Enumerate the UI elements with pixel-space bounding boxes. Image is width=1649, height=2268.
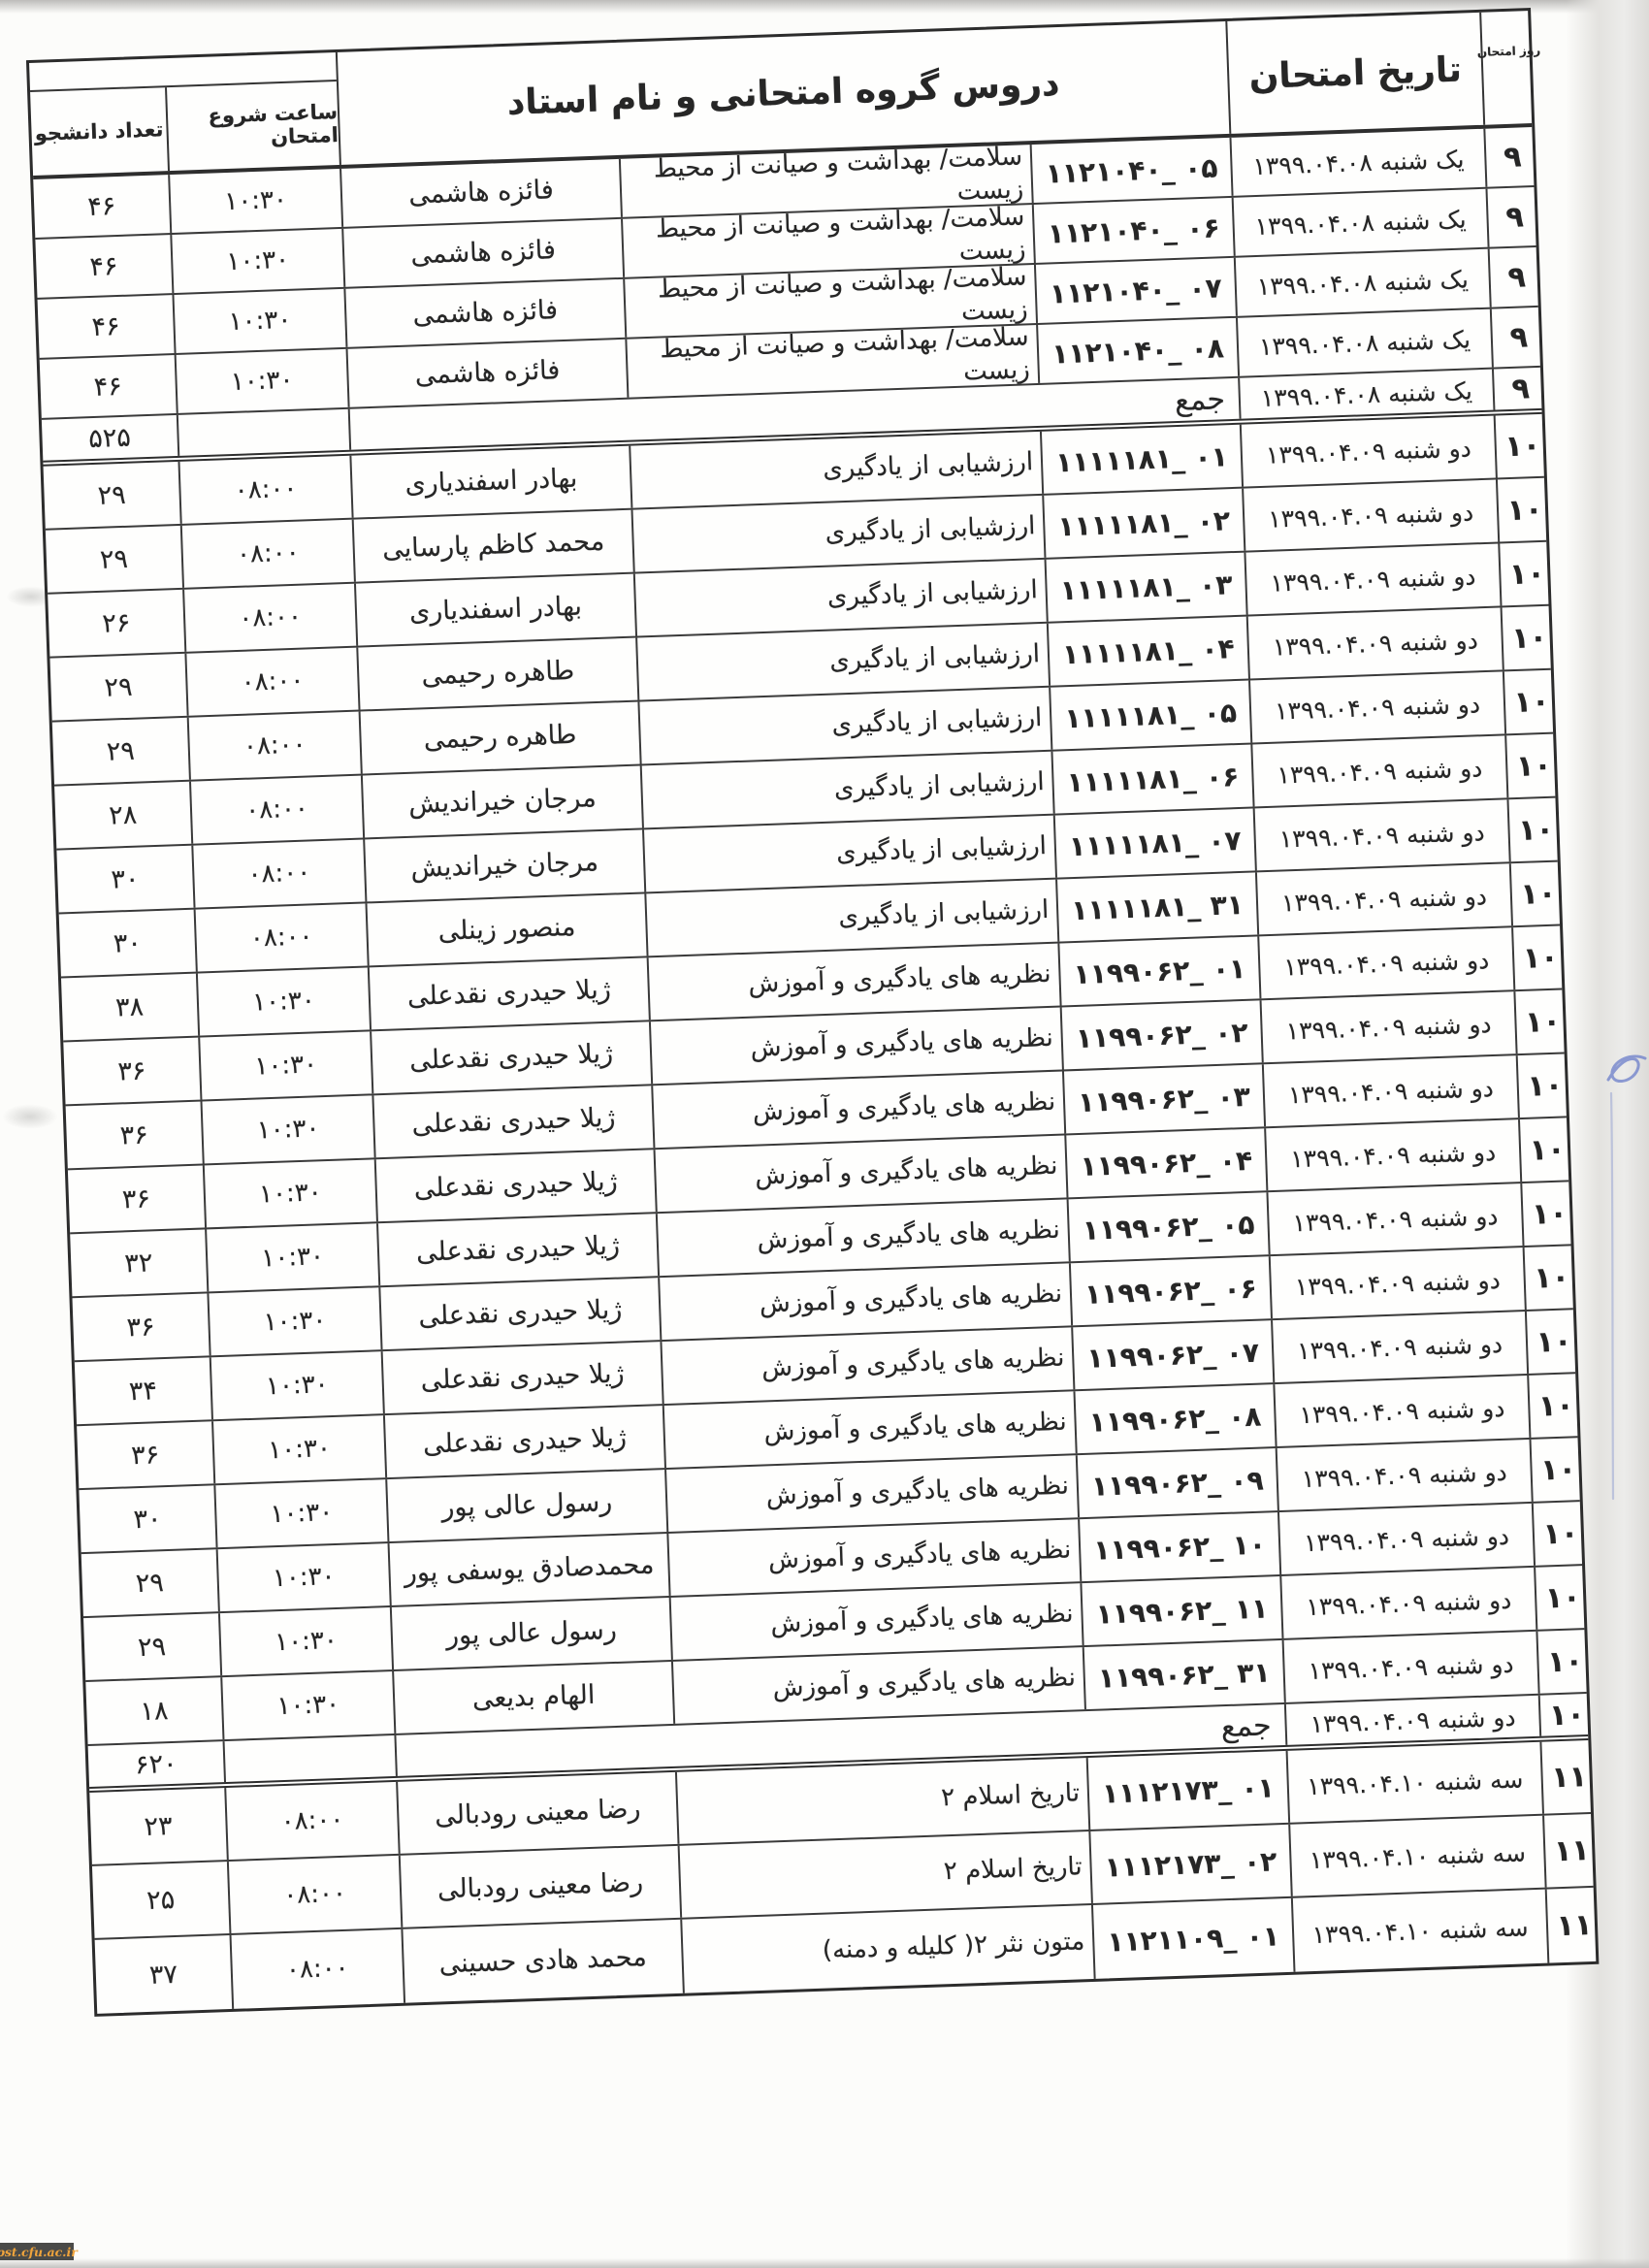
course-name-cell: نظریه های یادگیری و آموزش — [664, 1455, 1078, 1532]
course-code-cell: ۱۱۲۱۰۴۰_ ۰۶ — [1032, 198, 1234, 263]
course-code-cell: ۱۱۱۱۱۸۱_ ۰۴ — [1047, 617, 1248, 686]
course-code-cell: ۱۱۱۲۱۷۳_ ۰۱ — [1086, 1751, 1288, 1830]
course-code-cell: ۱۱۹۹۰۶۲_ ۱۰ — [1078, 1512, 1279, 1581]
exam-date-cell: سه شنبه ۱۳۹۹.۰۴.۱۰ — [1286, 1742, 1542, 1823]
table-body: ۴۶ ۱۰:۳۰ فائزه هاشمی سلامت/ بهداشت و صیا… — [33, 127, 1596, 2014]
exam-day-cell: ۱۰ — [1525, 1310, 1581, 1374]
exam-date-cell: دو شنبه ۱۳۹۹.۰۴.۰۹ — [1257, 927, 1513, 998]
exam-date-cell: دو شنبه ۱۳۹۹.۰۴.۰۹ — [1284, 1696, 1539, 1745]
professor-cell: منصور زینلی — [365, 893, 646, 965]
start-time-cell: ۱۰:۳۰ — [207, 1287, 380, 1355]
exam-day-cell: ۱۰ — [1534, 1566, 1590, 1630]
student-count-cell: ۳۴ — [75, 1357, 211, 1424]
start-time-cell: ۰۸:۰۰ — [184, 648, 358, 716]
exam-date-cell: یک شنبه ۱۳۹۹.۰۴.۰۸ — [1236, 309, 1492, 376]
student-count-cell: ۳۶ — [68, 1166, 205, 1233]
professor-cell: مرجان خیراندیش — [361, 766, 642, 838]
exam-date-cell: دو شنبه ۱۳۹۹.۰۴.۰۹ — [1255, 863, 1511, 934]
exam-date-cell: یک شنبه ۱۳۹۹.۰۴.۰۸ — [1238, 370, 1493, 419]
start-time-cell: ۰۸:۰۰ — [191, 840, 365, 908]
course-code-cell: ۱۱۲۱۰۴۰_ ۰۵ — [1030, 138, 1232, 203]
exam-date-cell: دو شنبه ۱۳۹۹.۰۴.۰۹ — [1269, 1247, 1525, 1318]
start-time-cell: ۱۰:۳۰ — [220, 1671, 394, 1739]
student-count-cell: ۴۶ — [35, 235, 172, 298]
exam-day-cell: ۱۰ — [1503, 669, 1559, 733]
student-count-cell: ۳۶ — [73, 1293, 210, 1360]
course-code-cell: ۱۱۹۹۰۶۲_ ۳۱ — [1083, 1640, 1284, 1709]
professor-cell: ژیلا حیدری نقدعلی — [368, 957, 649, 1029]
exam-day-cell: ۱۰ — [1530, 1438, 1586, 1502]
exam-day-cell: ۱۰ — [1538, 1694, 1594, 1736]
course-code-cell: ۱۱۹۹۰۶۲_ ۰۸ — [1073, 1384, 1275, 1453]
course-name-cell: ارزشیابی از یادگیری — [629, 432, 1042, 508]
course-name-cell: ارزشیابی از یادگیری — [631, 496, 1045, 572]
exam-date-cell: سه شنبه ۱۳۹۹.۰۴.۱۰ — [1288, 1816, 1544, 1896]
exam-day-cell: ۱۰ — [1506, 797, 1563, 861]
exam-day-cell: ۱۰ — [1494, 414, 1550, 478]
start-time-cell: ۰۸:۰۰ — [180, 520, 354, 588]
course-code-cell: ۱۱۹۹۰۶۲_ ۰۹ — [1076, 1448, 1277, 1517]
course-name-cell: نظریه های یادگیری و آموزش — [671, 1647, 1084, 1724]
exam-date-cell: دو شنبه ۱۳۹۹.۰۴.۰۹ — [1276, 1440, 1532, 1510]
header-left-zone: تعداد دانشجو ساعت شروع امتحان — [29, 52, 339, 176]
exam-day-cell: ۹ — [1490, 308, 1546, 368]
exam-date-cell: دو شنبه ۱۳۹۹.۰۴.۰۹ — [1277, 1504, 1534, 1574]
scan-smudge — [2, 1104, 58, 1129]
exam-date-cell: دو شنبه ۱۳۹۹.۰۴.۰۹ — [1279, 1568, 1536, 1638]
scanner-edge-bottom — [0, 2258, 1649, 2268]
header-exam-day: روز امتحان — [1479, 11, 1537, 125]
course-name-cell: نظریه های یادگیری و آموزش — [660, 1327, 1073, 1404]
professor-cell: طاهره رحیمی — [359, 702, 640, 774]
exam-day-cell: ۱۰ — [1527, 1374, 1583, 1438]
header-start-time: ساعت شروع امتحان — [165, 81, 339, 171]
exam-day-cell: ۱۰ — [1520, 1182, 1576, 1246]
course-code-cell: ۱۱۲۱۰۴۰_ ۰۸ — [1036, 318, 1238, 383]
start-time-cell: ۰۸:۰۰ — [182, 584, 356, 652]
student-count-cell: ۲۸ — [54, 782, 191, 849]
header-student-count: تعداد دانشجو — [30, 87, 168, 176]
exam-date-cell: دو شنبه ۱۳۹۹.۰۴.۰۹ — [1248, 671, 1504, 742]
professor-cell: فائزه هاشمی — [339, 159, 621, 227]
exam-day-cell: ۱۰ — [1509, 861, 1566, 925]
exam-day-cell: ۱۱ — [1539, 1740, 1597, 1814]
student-count-cell: ۲۹ — [52, 718, 189, 785]
exam-day-cell: ۱۰ — [1504, 733, 1561, 797]
professor-cell: فائزه هاشمی — [343, 279, 625, 347]
start-time-cell: ۱۰:۳۰ — [216, 1543, 390, 1611]
course-name-cell: نظریه های یادگیری و آموزش — [654, 1135, 1067, 1212]
pen-mark — [1581, 1043, 1649, 1547]
professor-cell: ژیلا حیدری نقدعلی — [370, 1021, 651, 1093]
start-time-cell: ۱۰:۳۰ — [211, 1415, 385, 1483]
exam-day-cell: ۹ — [1492, 368, 1547, 410]
course-code-cell: ۱۱۹۹۰۶۲_ ۰۴ — [1064, 1128, 1266, 1197]
exam-date-cell: سه شنبه ۱۳۹۹.۰۴.۱۰ — [1291, 1890, 1547, 1972]
student-count-cell: ۴۶ — [40, 355, 177, 418]
start-time-cell: ۰۸:۰۰ — [227, 1856, 401, 1933]
exam-date-cell: دو شنبه ۱۳۹۹.۰۴.۰۹ — [1271, 1312, 1527, 1382]
student-count-cell: ۳۸ — [61, 974, 198, 1041]
course-name-cell: متون نثر ۲( کلیله و دمنه) — [680, 1905, 1093, 1993]
course-name-cell: نظریه های یادگیری و آموزش — [666, 1519, 1080, 1596]
course-code-cell: ۱۱۹۹۰۶۲_ ۰۵ — [1067, 1192, 1269, 1261]
student-count-cell: ۳۶ — [63, 1038, 200, 1105]
student-count-cell: ۲۵ — [92, 1862, 229, 1938]
professor-cell: بهادر اسفندیاری — [349, 446, 630, 518]
course-code-cell: ۱۱۱۱۱۸۱_ ۰۳ — [1045, 553, 1246, 622]
empty-time-cell — [223, 1735, 396, 1782]
student-count-cell: ۲۹ — [46, 526, 182, 593]
start-time-cell: ۰۸:۰۰ — [189, 776, 363, 844]
professor-cell: محمد هادی حسینی — [401, 1920, 682, 2003]
professor-cell: ژیلا حیدری نقدعلی — [383, 1406, 664, 1477]
exam-date-cell: دو شنبه ۱۳۹۹.۰۴.۰۹ — [1250, 735, 1506, 806]
professor-cell: رضا معینی رودبالی — [396, 1772, 677, 1854]
course-name-cell: نظریه های یادگیری و آموزش — [647, 944, 1060, 1021]
professor-cell: رسول عالی پور — [385, 1470, 666, 1541]
course-name-cell: ارزشیابی از یادگیری — [633, 560, 1047, 636]
start-time-cell: ۱۰:۳۰ — [218, 1607, 392, 1675]
exam-date-cell: دو شنبه ۱۳۹۹.۰۴.۰۹ — [1260, 991, 1516, 1062]
professor-cell: محمد کاظم پارسایی — [352, 510, 633, 582]
professor-cell: رضا معینی رودبالی — [399, 1846, 680, 1928]
start-time-cell: ۱۰:۳۰ — [203, 1159, 376, 1227]
start-time-cell: ۱۰:۳۰ — [213, 1479, 387, 1547]
course-code-cell: ۱۱۹۹۰۶۲_ ۰۲ — [1060, 1000, 1262, 1069]
course-code-cell: ۱۱۹۹۰۶۲_ ۱۱ — [1080, 1576, 1281, 1645]
total-count-cell: ۶۲۰ — [88, 1741, 224, 1787]
professor-cell: مرجان خیراندیش — [363, 829, 644, 901]
exam-day-cell: ۹ — [1488, 247, 1544, 308]
course-code-cell: ۱۱۹۹۰۶۲_ ۰۱ — [1057, 936, 1259, 1005]
professor-cell: طاهره رحیمی — [356, 638, 637, 710]
student-count-cell: ۲۹ — [49, 654, 186, 721]
exam-date-cell: دو شنبه ۱۳۹۹.۰۴.۰۹ — [1240, 416, 1496, 487]
student-count-cell: ۳۷ — [95, 1935, 233, 2014]
exam-day-cell: ۱۰ — [1498, 542, 1554, 606]
course-code-cell: ۱۱۱۱۱۸۱_ ۰۵ — [1049, 681, 1250, 750]
exam-date-cell: دو شنبه ۱۳۹۹.۰۴.۰۹ — [1246, 607, 1503, 678]
course-code-cell: ۱۱۱۱۱۸۱_ ۰۷ — [1053, 808, 1255, 877]
professor-cell: ژیلا حیدری نقدعلی — [381, 1342, 663, 1413]
student-count-cell: ۴۶ — [38, 295, 175, 358]
course-name-cell: ارزشیابی از یادگیری — [642, 816, 1055, 892]
exam-date-cell: دو شنبه ۱۳۹۹.۰۴.۰۹ — [1253, 799, 1509, 870]
student-count-cell: ۳۶ — [77, 1421, 213, 1488]
course-code-cell: ۱۱۱۱۱۸۱_ ۳۱ — [1055, 872, 1257, 941]
course-code-cell: ۱۱۲۱۰۴۰_ ۰۷ — [1034, 258, 1236, 323]
course-name-cell: تاریخ اسلام ۲ — [678, 1831, 1091, 1918]
exam-date-cell: دو شنبه ۱۳۹۹.۰۴.۰۹ — [1282, 1632, 1538, 1702]
start-time-cell: ۱۰:۳۰ — [170, 229, 343, 293]
start-time-cell: ۰۸:۰۰ — [194, 903, 368, 971]
exam-day-cell: ۱۰ — [1513, 989, 1569, 1053]
professor-cell: فائزه هاشمی — [341, 219, 623, 287]
header-exam-date: تاریخ امتحان — [1225, 13, 1483, 134]
student-count-cell: ۴۶ — [33, 175, 170, 238]
professor-cell: ژیلا حیدری نقدعلی — [378, 1278, 660, 1349]
exam-day-cell: ۱۰ — [1532, 1502, 1588, 1566]
course-name-cell: نظریه های یادگیری و آموزش — [663, 1391, 1076, 1468]
professor-cell: ژیلا حیدری نقدعلی — [374, 1150, 656, 1221]
start-time-cell: ۰۸:۰۰ — [224, 1782, 398, 1860]
professor-cell: ژیلا حیدری نقدعلی — [376, 1214, 658, 1285]
course-name-cell: ارزشیابی از یادگیری — [644, 880, 1057, 956]
exam-day-cell: ۹ — [1485, 187, 1541, 247]
professor-cell: الهام بدیعی — [392, 1662, 673, 1733]
start-time-cell: ۱۰:۳۰ — [168, 169, 341, 233]
course-code-cell: ۱۱۱۱۱۸۱_ ۰۶ — [1051, 745, 1252, 814]
exam-day-cell: ۱۰ — [1501, 606, 1557, 670]
start-time-cell: ۱۰:۳۰ — [205, 1223, 378, 1291]
exam-date-cell: یک شنبه ۱۳۹۹.۰۴.۰۸ — [1229, 129, 1485, 196]
student-count-cell: ۳۰ — [56, 846, 193, 913]
watermark-badge: pst.cfu.ac.ir — [0, 2243, 74, 2260]
scanned-page: { "colors": { "pen_mark": "#6b7ec9", "wa… — [0, 0, 1649, 2268]
course-name-cell: ارزشیابی از یادگیری — [635, 624, 1049, 700]
exam-date-cell: دو شنبه ۱۳۹۹.۰۴.۰۹ — [1264, 1119, 1520, 1190]
exam-date-cell: دو شنبه ۱۳۹۹.۰۴.۰۹ — [1273, 1376, 1529, 1446]
professor-cell: ژیلا حیدری نقدعلی — [372, 1085, 653, 1157]
exam-day-cell: ۹ — [1483, 127, 1539, 187]
professor-cell: محمدصادق یوسفی پور — [388, 1534, 669, 1605]
course-name-cell: نظریه های یادگیری و آموزش — [658, 1263, 1071, 1340]
watermark-text: pst.cfu.ac.ir — [0, 2245, 78, 2259]
course-name-cell: تاریخ اسلام ۲ — [675, 1758, 1088, 1844]
professor-cell: رسول عالی پور — [390, 1598, 671, 1669]
empty-time-cell — [177, 409, 349, 456]
exam-day-cell: ۱۰ — [1536, 1630, 1592, 1694]
professor-cell: بهادر اسفندیاری — [354, 574, 635, 646]
exam-day-cell: ۱۰ — [1523, 1246, 1579, 1310]
student-count-cell: ۲۹ — [81, 1549, 218, 1616]
student-count-cell: ۲۹ — [44, 462, 180, 529]
total-count-cell: ۵۲۵ — [42, 415, 178, 461]
exam-day-cell: ۱۰ — [1511, 925, 1568, 989]
course-name-cell: ارزشیابی از یادگیری — [637, 688, 1051, 764]
course-code-cell: ۱۱۲۱۱۰۹_ ۰۱ — [1091, 1898, 1294, 1979]
course-code-cell: ۱۱۱۲۱۷۳_ ۰۲ — [1088, 1825, 1290, 1903]
course-name-cell: نظریه های یادگیری و آموزش — [651, 1072, 1064, 1149]
exam-day-cell: ۱۰ — [1516, 1053, 1572, 1118]
exam-date-cell: دو شنبه ۱۳۹۹.۰۴.۰۹ — [1262, 1055, 1518, 1126]
start-time-cell: ۱۰:۳۰ — [172, 289, 345, 353]
course-name-cell: نظریه های یادگیری و آموزش — [656, 1199, 1069, 1276]
student-count-cell: ۳۰ — [79, 1485, 215, 1552]
start-time-cell: ۱۰:۳۰ — [175, 349, 348, 413]
exam-date-cell: یک شنبه ۱۳۹۹.۰۴.۰۸ — [1234, 249, 1490, 316]
exam-day-cell: ۱۱ — [1545, 1888, 1602, 1963]
exam-schedule-table: تعداد دانشجو ساعت شروع امتحان دروس گروه … — [26, 8, 1599, 2017]
student-count-cell: ۳۲ — [70, 1229, 207, 1296]
start-time-cell: ۱۰:۳۰ — [196, 967, 370, 1035]
student-count-cell: ۳۰ — [59, 910, 196, 977]
exam-day-cell: ۱۰ — [1518, 1118, 1574, 1182]
student-count-cell: ۳۶ — [66, 1102, 203, 1169]
course-name-cell: ارزشیابی از یادگیری — [640, 752, 1053, 828]
professor-cell: فائزه هاشمی — [346, 340, 628, 407]
student-count-cell: ۲۹ — [83, 1613, 220, 1680]
student-count-cell: ۲۶ — [48, 590, 184, 657]
exam-day-cell: ۱۰ — [1496, 478, 1552, 542]
student-count-cell: ۲۳ — [89, 1788, 226, 1864]
student-count-cell: ۱۸ — [85, 1677, 222, 1744]
start-time-cell: ۰۸:۰۰ — [187, 712, 361, 780]
start-time-cell: ۰۸:۰۰ — [178, 456, 351, 524]
course-code-cell: ۱۱۹۹۰۶۲_ ۰۷ — [1071, 1320, 1273, 1389]
course-name-cell: نظریه های یادگیری و آموزش — [649, 1008, 1062, 1085]
exam-day-cell: ۱۱ — [1542, 1814, 1600, 1888]
course-code-cell: ۱۱۹۹۰۶۲_ ۰۶ — [1069, 1256, 1271, 1325]
start-time-cell: ۱۰:۳۰ — [210, 1351, 383, 1419]
course-code-cell: ۱۱۹۹۰۶۲_ ۰۳ — [1062, 1064, 1264, 1133]
exam-date-cell: دو شنبه ۱۳۹۹.۰۴.۰۹ — [1244, 544, 1500, 615]
start-time-cell: ۱۰:۳۰ — [198, 1031, 372, 1099]
course-name-cell: نظریه های یادگیری و آموزش — [669, 1583, 1083, 1660]
course-code-cell: ۱۱۱۱۱۸۱_ ۰۱ — [1040, 425, 1242, 494]
start-time-cell: ۰۸:۰۰ — [230, 1929, 404, 2009]
exam-date-cell: دو شنبه ۱۳۹۹.۰۴.۰۹ — [1242, 480, 1498, 551]
exam-date-cell: یک شنبه ۱۳۹۹.۰۴.۰۸ — [1232, 189, 1488, 256]
start-time-cell: ۱۰:۳۰ — [201, 1095, 374, 1163]
course-code-cell: ۱۱۱۱۱۸۱_ ۰۲ — [1042, 489, 1244, 558]
exam-date-cell: دو شنبه ۱۳۹۹.۰۴.۰۹ — [1266, 1183, 1522, 1254]
